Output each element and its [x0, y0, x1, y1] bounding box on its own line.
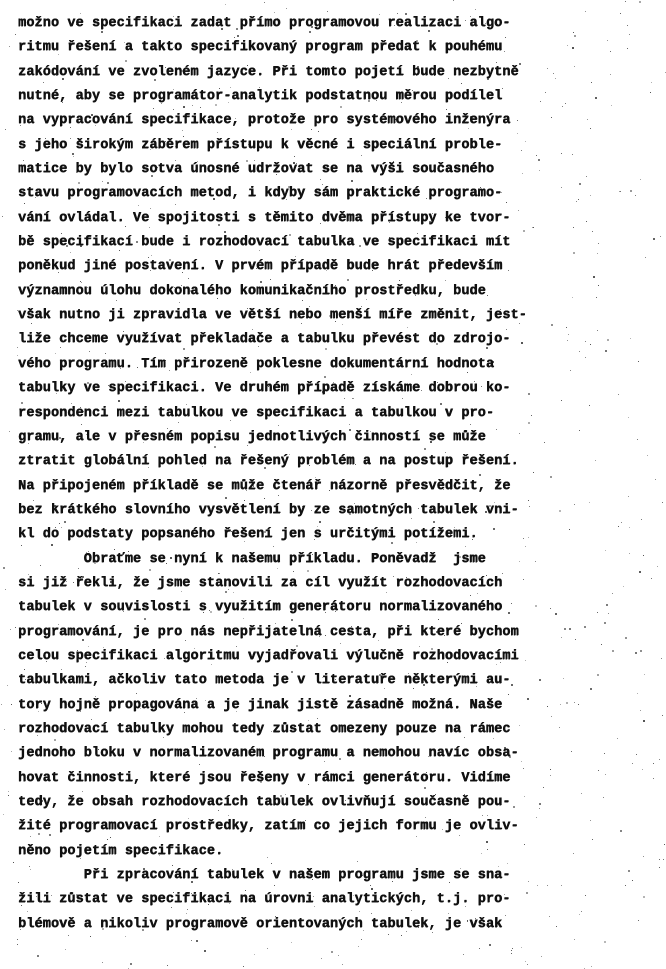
- text-line: hovat činnosti, které jsou řešeny v rámc…: [18, 767, 658, 791]
- text-line: však nutno ji zpravidla ve větší nebo me…: [18, 304, 658, 328]
- text-line: Obraťme se nyní k našemu příkladu. Poněv…: [18, 548, 658, 572]
- document-body: možno ve specifikaci zadat přímo program…: [18, 12, 658, 937]
- text-line: možno ve specifikaci zadat přímo program…: [18, 12, 658, 36]
- text-line: blémově a nikoliv programově orientovaný…: [18, 913, 658, 937]
- text-line: si již řekli, že jsme stanovili za cíl v…: [18, 572, 658, 596]
- text-line: matice by bylo sotva únosné udržovat se …: [18, 158, 658, 182]
- text-line: kl do podstaty popsaného řešení jen s ur…: [18, 523, 658, 547]
- text-line: bez krátkého slovního vysvětlení by ze s…: [18, 499, 658, 523]
- text-line: s jeho širokým záběrem přístupu k věcné …: [18, 134, 658, 158]
- text-line: programování, je pro nás nepřijatelná ce…: [18, 621, 658, 645]
- scanned-page: možno ve specifikaci zadat přímo program…: [0, 0, 666, 969]
- text-line: ztratit globální pohled na řešený problé…: [18, 450, 658, 474]
- text-line: zakódování ve zvoleném jazyce. Při tomto…: [18, 61, 658, 85]
- text-line: žili zůstat ve specifikaci na úrovni ana…: [18, 888, 658, 912]
- text-line: bě specifikací bude i rozhodovací tabulk…: [18, 231, 658, 255]
- text-line: gramu, ale v přesném popisu jednotlivých…: [18, 426, 658, 450]
- text-line: tory hojně propagována a je jinak jistě …: [18, 694, 658, 718]
- text-line: něno pojetím specifikace.: [18, 840, 658, 864]
- text-line: žité programovací prostředky, zatím co j…: [18, 815, 658, 839]
- text-line: jednoho bloku v normalizovaném programu …: [18, 742, 658, 766]
- text-line: vého programu. Tím přirozeně poklesne do…: [18, 353, 658, 377]
- text-line: stavu programovacích metod, i kdyby sám …: [18, 182, 658, 206]
- text-line: poněkud jiné postavení. V prvém případě …: [18, 255, 658, 279]
- text-line: celou specifikaci algoritmu vyjadřovali …: [18, 645, 658, 669]
- text-line: Při zpracování tabulek v našem programu …: [18, 864, 658, 888]
- text-line: nutné, aby se programátor-analytik podst…: [18, 85, 658, 109]
- text-line: respondenci mezi tabulkou ve specifikaci…: [18, 402, 658, 426]
- text-line: vání ovládal. Ve spojitosti s těmito dvě…: [18, 207, 658, 231]
- text-line: tabulky ve specifikaci. Ve druhém případ…: [18, 377, 658, 401]
- text-line: tabulkami, ačkoliv tato metoda je v lite…: [18, 669, 658, 693]
- text-line: významnou úlohu dokonalého komunikačního…: [18, 280, 658, 304]
- text-line: Na připojeném příkladě se může čtenář ná…: [18, 475, 658, 499]
- text-line: ritmu řešení a takto specifikovaný progr…: [18, 36, 658, 60]
- text-line: tedy, že obsah rozhodovacích tabulek ovl…: [18, 791, 658, 815]
- text-line: tabulek v souvislosti s využitím generát…: [18, 596, 658, 620]
- text-line: liže chceme využívat překladače a tabulk…: [18, 328, 658, 352]
- text-line: rozhodovací tabulky mohou tedy zůstat om…: [18, 718, 658, 742]
- text-line: na vypracování specifikace, protože pro …: [18, 109, 658, 133]
